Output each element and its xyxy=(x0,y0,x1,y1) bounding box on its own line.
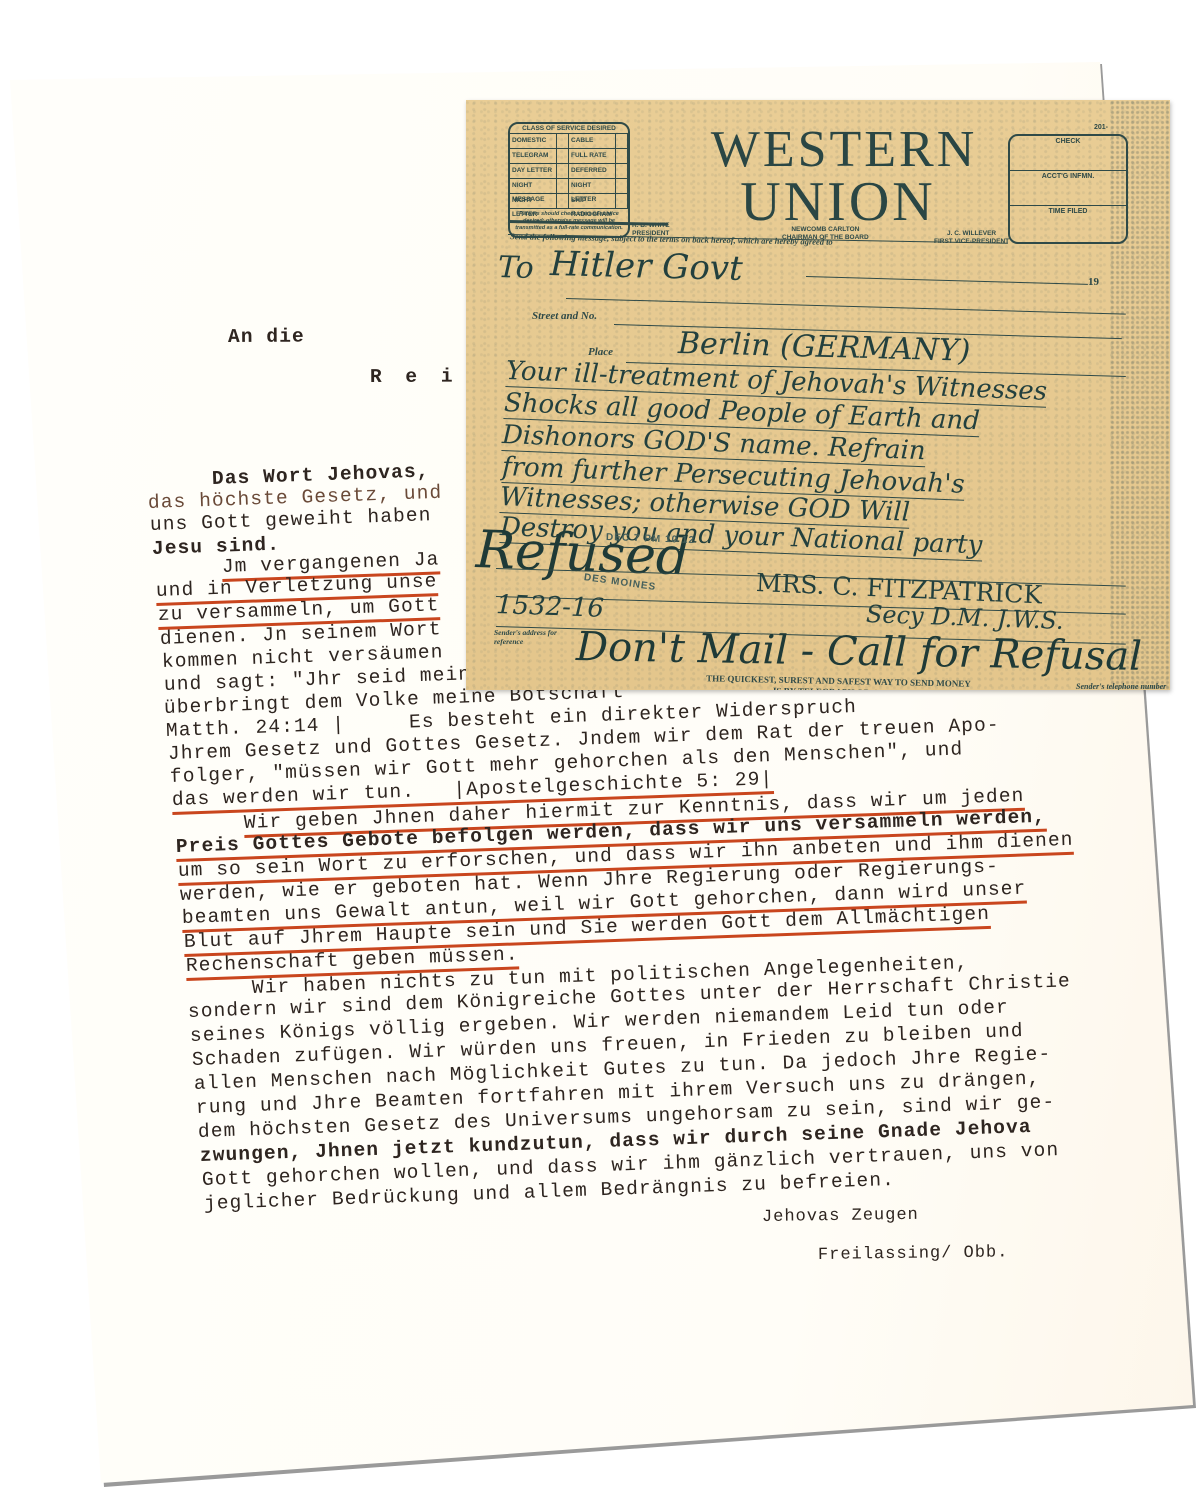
sender-address-label: Sender's address for reference xyxy=(494,628,564,646)
check-box: CHECK ACCT'G INFMN. TIME FILED xyxy=(1008,134,1128,244)
bottom-note: Don't Mail - Call for Refusal xyxy=(576,624,1143,680)
officer-vice-president: J. C. WILLEVER FIRST VICE-PRESIDENT xyxy=(934,230,1009,246)
accounting-info-field[interactable]: ACCT'G INFMN. xyxy=(1010,171,1126,206)
street-label: Street and No. xyxy=(532,310,597,322)
to-field[interactable]: Hitler Govt xyxy=(549,244,743,289)
place-field[interactable]: Berlin (GERMANY) xyxy=(678,326,971,369)
check-field[interactable]: CHECK xyxy=(1010,136,1126,171)
place-label: Place xyxy=(588,346,613,358)
location: Freilassing/ Obb. xyxy=(818,1243,1009,1265)
sender-address: 1532-16 xyxy=(495,590,604,624)
time-filed-field[interactable]: TIME FILED xyxy=(1010,206,1126,241)
to-prefix: To xyxy=(498,250,535,286)
year-label: 19 xyxy=(1088,276,1099,288)
to-underline xyxy=(566,298,1126,315)
refused-mark: Refused xyxy=(475,520,690,587)
sender-phone-label: Sender's telephone number xyxy=(1076,682,1166,690)
to-rule xyxy=(806,276,1088,285)
signature: Jehovas Zeugen xyxy=(762,1206,919,1227)
recipient-line-1: An die xyxy=(228,326,305,348)
form-number: 201- xyxy=(1094,124,1108,131)
western-union-telegram: CLASS OF SERVICE DESIRED DOMESTIC CABLE … xyxy=(466,100,1170,690)
